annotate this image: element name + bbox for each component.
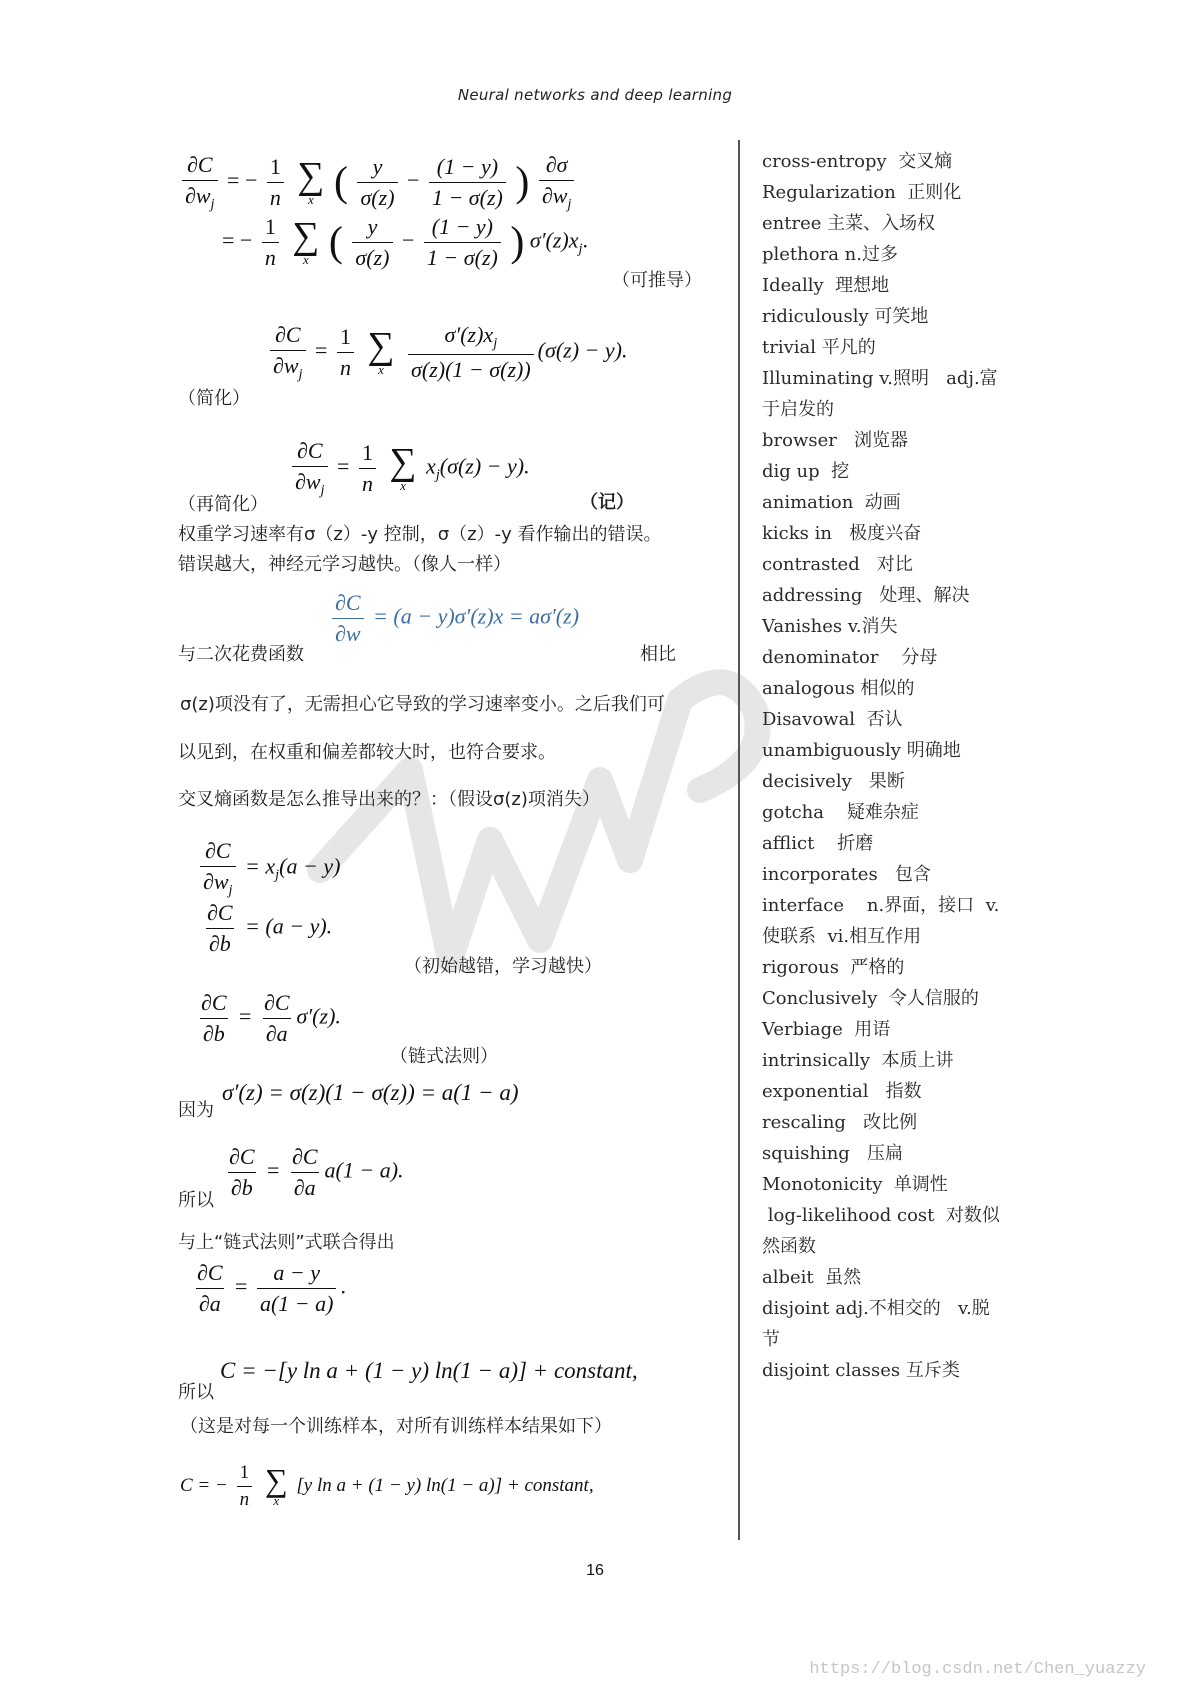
equation-dc-dwj-line2: = − 1n ∑x ( yσ(z) − (1 − y)1 − σ(z) ) σ′… (222, 214, 588, 271)
vocab-item: disjoint adj.不相交的 v.脱 (762, 1293, 1022, 1324)
vocab-item: log-likelihood cost 对数似 (762, 1200, 1022, 1231)
paragraph-error-speed: 错误越大，神经元学习越快。（像人一样） (178, 550, 511, 576)
vocab-item: plethora n.过多 (762, 239, 1022, 270)
vocab-item: entree 主菜、入场权 (762, 208, 1022, 239)
equation-cross-entropy-single: C = −[y ln a + (1 − y) ln(1 − a)] + cons… (220, 1358, 638, 1384)
vocab-item: cross-entropy 交叉熵 (762, 146, 1022, 177)
note-learn-faster: （初始越错，学习越快） (404, 952, 602, 978)
label-therefore-2: 所以 (178, 1378, 214, 1404)
note-per-sample: （这是对每一个训练样本，对所有训练样本结果如下） (180, 1412, 612, 1438)
paragraph-sigma-vanishes: σ(z)项没有了，无需担心它导致的学习速率变小。之后我们可 (180, 690, 665, 716)
vocab-item: kicks in 极度兴奋 (762, 518, 1022, 549)
page-number: 16 (0, 1562, 1190, 1580)
vocab-item: Disavowal 否认 (762, 704, 1022, 735)
column-divider (738, 140, 740, 1540)
note-derivable: （可推导） (612, 266, 702, 292)
equation-quadratic-cost-gradient: ∂C∂w = (a − y)σ′(z)x = aσ′(z) (328, 590, 579, 647)
vocab-item: intrinsically 本质上讲 (762, 1045, 1022, 1076)
vocab-item: trivial 平凡的 (762, 332, 1022, 363)
vocab-item: Regularization 正则化 (762, 177, 1022, 208)
vocab-item: albeit 虽然 (762, 1262, 1022, 1293)
compare-label-right: 相比 (640, 640, 676, 666)
equation-sigma-derivative: σ′(z) = σ(z)(1 − σ(z)) = a(1 − a) (222, 1080, 519, 1106)
label-because: 因为 (178, 1096, 214, 1122)
vocab-item: 节 (762, 1324, 1022, 1355)
equation-dc-da: ∂C∂a = a − ya(1 − a). (190, 1260, 346, 1317)
equation-dc-dwj-line1: ∂C∂wj = − 1n ∑x ( yσ(z) − (1 − y)1 − σ(z… (178, 152, 578, 213)
vocab-item: rescaling 改比例 (762, 1107, 1022, 1138)
vocab-item: Illuminating v.照明 adj.富 (762, 363, 1022, 394)
note-chain-rule: （链式法则） (390, 1042, 498, 1068)
vocab-item: Ideally 理想地 (762, 270, 1022, 301)
vocab-item: gotcha 疑难杂症 (762, 797, 1022, 828)
vocab-item: unambiguously 明确地 (762, 735, 1022, 766)
label-therefore: 所以 (178, 1186, 214, 1212)
note-further-simplified: （再简化） (178, 490, 268, 516)
vocab-item: 然函数 (762, 1231, 1022, 1262)
vocab-item: animation 动画 (762, 487, 1022, 518)
vocab-item: Conclusively 令人信服的 (762, 983, 1022, 1014)
vocab-item: interface n.界面，接口 v. (762, 890, 1022, 921)
vocabulary-list: cross-entropy 交叉熵Regularization 正则化entre… (762, 146, 1022, 1386)
running-header: Neural networks and deep learning (0, 86, 1190, 104)
vocab-item: Monotonicity 单调性 (762, 1169, 1022, 1200)
vocab-item: incorporates 包含 (762, 859, 1022, 890)
vocab-item: decisively 果断 (762, 766, 1022, 797)
equation-further-simplified: ∂C∂wj = 1n ∑x xj(σ(z) − y). (288, 438, 530, 499)
source-url-watermark: https://blog.csdn.net/Chen_yuazzy (809, 1660, 1146, 1679)
vocab-item: afflict 折磨 (762, 828, 1022, 859)
vocab-item: denominator 分母 (762, 642, 1022, 673)
note-remember: （记） (580, 488, 634, 514)
equation-simplified: ∂C∂wj = 1n ∑x σ′(z)xjσ(z)(1 − σ(z))(σ(z)… (266, 322, 628, 383)
vocab-item: rigorous 严格的 (762, 952, 1022, 983)
vocab-item: addressing 处理、解决 (762, 580, 1022, 611)
vocab-item: 使联系 vi.相互作用 (762, 921, 1022, 952)
vocab-item: 于启发的 (762, 394, 1022, 425)
equation-cross-entropy-all: C = − 1n ∑x [y ln a + (1 − y) ln(1 − a)]… (180, 1462, 594, 1511)
vocab-item: browser 浏览器 (762, 425, 1022, 456)
vocab-item: Verbiage 用语 (762, 1014, 1022, 1045)
vocab-item: disjoint classes 互斥类 (762, 1355, 1022, 1386)
vocab-item: Vanishes v.消失 (762, 611, 1022, 642)
equation-dc-dwj-xj: ∂C∂wj = xj(a − y) (196, 838, 340, 899)
paragraph-learning-rate: 权重学习速率有σ（z）-y 控制，σ（z）-y 看作输出的错误。 (178, 520, 661, 546)
equation-dc-db: ∂C∂b = (a − y). (200, 900, 332, 957)
paragraph-combine: 与上“链式法则”式联合得出 (178, 1228, 395, 1254)
vocab-item: squishing 压扁 (762, 1138, 1022, 1169)
compare-label-left: 与二次花费函数 (178, 640, 304, 666)
vocab-item: exponential 指数 (762, 1076, 1022, 1107)
paragraph-weights-bias: 以见到，在权重和偏差都较大时，也符合要求。 (178, 738, 556, 764)
vocab-item: ridiculously 可笑地 (762, 301, 1022, 332)
equation-dc-db-a: ∂C∂b = ∂C∂aa(1 − a). (222, 1144, 404, 1201)
note-simplified: （简化） (178, 384, 250, 410)
vocab-item: contrasted 对比 (762, 549, 1022, 580)
vocab-item: analogous 相似的 (762, 673, 1022, 704)
vocab-item: dig up 挖 (762, 456, 1022, 487)
equation-chain-rule: ∂C∂b = ∂C∂aσ′(z). (194, 990, 341, 1047)
question-derivation: 交叉熵函数是怎么推导出来的？：（假设σ(z)项消失） (178, 785, 600, 811)
